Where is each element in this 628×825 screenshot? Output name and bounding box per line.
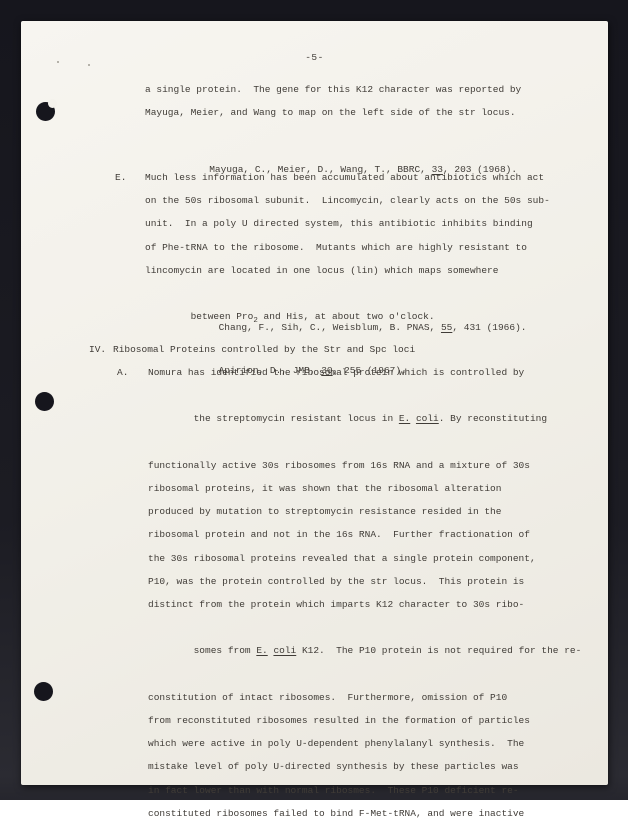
- section-e-label: E.: [115, 166, 126, 189]
- citation-text: , 431 (1966).: [452, 322, 526, 333]
- hole-punch-middle: [35, 392, 54, 411]
- text-line: Much less information has been accumulat…: [145, 166, 550, 189]
- text-line: lincomycin are located in one locus (lin…: [145, 259, 550, 282]
- text-line: P10, was the protein controlled by the s…: [148, 570, 581, 593]
- intro-paragraph: a single protein. The gene for this K12 …: [145, 78, 521, 124]
- document-page: -5- a single protein. The gene for this …: [21, 21, 608, 785]
- text-line: distinct from the protein which imparts …: [148, 593, 581, 616]
- text-line: Nomura has identified the ribosomal prot…: [148, 361, 581, 384]
- section-iv-heading: IV. Ribosomal Proteins controlled by the…: [113, 338, 415, 361]
- text-line: of Phe-tRNA to the ribosome. Mutants whi…: [145, 236, 550, 259]
- text-line: on the 50s ribosomal subunit. Lincomycin…: [145, 189, 550, 212]
- organism-genus: E.: [256, 645, 267, 656]
- text-line: constitution of intact ribosomes. Furthe…: [148, 686, 581, 709]
- text-line: from reconstituted ribosomes resulted in…: [148, 709, 581, 732]
- organism-species: coli: [416, 413, 439, 424]
- text-line: which were active in poly U-dependent ph…: [148, 732, 581, 755]
- text-line: the 30s ribosomal proteins revealed that…: [148, 547, 581, 570]
- organism-genus: E.: [399, 413, 410, 424]
- page-number: -5-: [21, 51, 608, 65]
- citation-volume: 55: [441, 322, 452, 333]
- text-line: a single protein. The gene for this K12 …: [145, 78, 521, 101]
- text-line: mistake level of poly U-directed synthes…: [148, 755, 581, 778]
- text-segment: K12. The P10 protein is not required for…: [296, 645, 581, 656]
- text-line: Mayuga, Meier, and Wang to map on the le…: [145, 101, 521, 124]
- text-line: the streptomycin resistant locus in E. c…: [148, 384, 581, 454]
- hole-punch-bottom: [34, 682, 53, 701]
- text-line: somes from E. coli K12. The P10 protein …: [148, 616, 581, 686]
- text-line: functionally active 30s ribosomes from 1…: [148, 454, 581, 477]
- text-line: ribosomal proteins, it was shown that th…: [148, 477, 581, 500]
- section-iv-title: Ribosomal Proteins controlled by the Str…: [113, 338, 415, 361]
- section-iv-label: IV.: [89, 338, 106, 361]
- text-line: ribosomal protein and not in the 16s RNA…: [148, 523, 581, 546]
- hole-punch-top: [36, 102, 55, 121]
- text-line: in fact lower than with normal ribosmes.…: [148, 779, 581, 800]
- scan-background: -5- a single protein. The gene for this …: [0, 0, 628, 800]
- section-a-label: A.: [117, 361, 128, 384]
- section-a-paragraph: A. Nomura has identified the ribosomal p…: [148, 361, 581, 800]
- organism-species: coli: [273, 645, 296, 656]
- text-segment: somes from: [194, 645, 257, 656]
- text-segment: the streptomycin resistant locus in: [194, 413, 399, 424]
- citation-text: Chang, F., Sih, C., Weisblum, B. PNAS,: [219, 322, 441, 333]
- text-line: unit. In a poly U directed system, this …: [145, 212, 550, 235]
- text-segment: . By reconstituting: [439, 413, 547, 424]
- text-line: produced by mutation to streptomycin res…: [148, 500, 581, 523]
